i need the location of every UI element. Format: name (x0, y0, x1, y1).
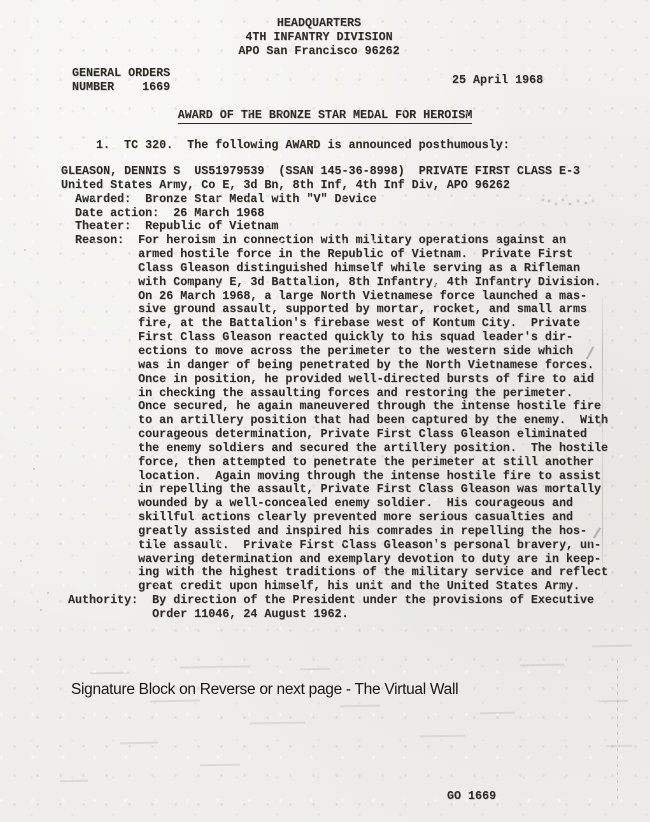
general-orders-number-line: NUMBER1669 (72, 81, 170, 95)
field-reason: Reason: For heroism in connection with m… (61, 234, 636, 594)
field-date-action: Date action:26 March 1968 (61, 207, 636, 221)
document-subject: AWARD OF THE BRONZE STAR MEDAL FOR HEROI… (178, 108, 473, 124)
scan-artifact (180, 665, 250, 668)
scan-artifact-dotted-line (617, 660, 618, 800)
virtual-wall-annotation: Signature Block on Reverse or next page … (71, 681, 458, 699)
field-awarded-label: Awarded: (75, 192, 131, 206)
scan-artifact (33, 468, 35, 470)
general-orders-title: GENERAL ORDERS (72, 67, 170, 81)
scan-artifact (300, 668, 330, 671)
letterhead-apo: APO San Francisco 96262 (0, 44, 644, 58)
scan-artifact (606, 745, 632, 747)
field-awarded-value: Bronze Star Medal with "V" Device (145, 192, 376, 206)
field-theater: Theater:Republic of Vietnam (61, 220, 636, 234)
award-body: GLEASON, DENNIS S US51979539 (SSAN 145-3… (61, 165, 636, 622)
recipient-name-line: GLEASON, DENNIS S US51979539 (SSAN 145-3… (61, 165, 636, 179)
scan-artifact (340, 705, 380, 708)
letterhead-unit: 4TH INFANTRY DIVISION (0, 30, 644, 44)
scan-artifact (420, 735, 465, 738)
scan-artifact (520, 664, 564, 667)
document-subject-line: AWARD OF THE BRONZE STAR MEDAL FOR HEROI… (0, 109, 650, 123)
scan-artifact (40, 609, 42, 611)
scan-artifact (60, 780, 88, 782)
scan-artifact (20, 560, 22, 562)
field-reason-label: Reason: (75, 234, 124, 248)
letterhead: HEADQUARTERS 4TH INFANTRY DIVISION APO S… (0, 16, 644, 58)
paragraph-1-announcement: 1. TC 320. The following AWARD is announ… (96, 139, 510, 153)
field-awarded: Awarded:Bronze Star Medal with "V" Devic… (61, 193, 636, 207)
field-theater-value: Republic of Vietnam (145, 219, 278, 233)
scanned-document-page: HEADQUARTERS 4TH INFANTRY DIVISION APO S… (0, 0, 650, 822)
scan-artifact (24, 249, 26, 251)
scan-artifact (47, 592, 49, 594)
scan-artifact (480, 712, 515, 715)
scan-artifact (250, 722, 305, 725)
field-date-action-label: Date action: (75, 206, 159, 220)
field-date-action-value: 26 March 1968 (173, 206, 264, 220)
document-date: 25 April 1968 (452, 74, 543, 88)
field-authority-label: Authority: (68, 594, 138, 608)
letterhead-headquarters: HEADQUARTERS (0, 16, 644, 30)
field-theater-label: Theater: (75, 219, 131, 233)
orders-number-label: NUMBER (72, 80, 114, 94)
orders-number: 1669 (142, 80, 170, 94)
field-authority-text: By direction of the President under the … (152, 594, 636, 622)
scan-artifact (598, 700, 628, 703)
scan-artifact (200, 764, 240, 767)
field-authority: Authority: By direction of the President… (61, 594, 636, 622)
scan-artifact (90, 672, 130, 675)
page-reference: GO 1669 (447, 790, 496, 804)
scan-artifact (592, 645, 632, 648)
scan-artifact (150, 700, 200, 703)
general-orders-block: GENERAL ORDERS NUMBER1669 (72, 67, 170, 95)
field-reason-text: For heroism in connection with military … (138, 234, 636, 594)
recipient-unit-line: United States Army, Co E, 3d Bn, 8th Inf… (61, 179, 636, 193)
scan-artifact (120, 742, 158, 745)
